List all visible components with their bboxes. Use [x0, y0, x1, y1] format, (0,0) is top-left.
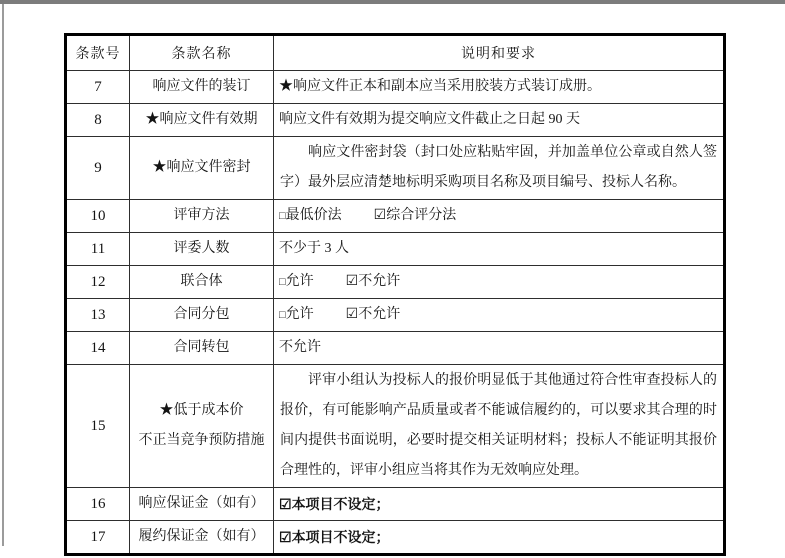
- clause-desc-cell: 不允许: [274, 332, 725, 365]
- table-row: 10评审方法□最低价法☑综合评分法: [66, 200, 725, 233]
- clause-desc-text: ★响应文件正本和副本应当采用胶装方式装订成册。: [279, 79, 601, 94]
- clause-name-line: 不正当竞争预防措施: [132, 426, 271, 456]
- clause-no-cell: 13: [66, 299, 130, 332]
- checkbox-checked-icon: ☑: [279, 522, 292, 552]
- clause-name-line: 合同转包: [132, 333, 271, 363]
- clause-name-cell: 履约保证金（如有）: [130, 521, 274, 555]
- checkbox-option: □允许: [279, 307, 314, 322]
- clause-desc-text: 不少于 3 人: [279, 241, 349, 256]
- table-row: 16响应保证金（如有）☑本项目不设定；: [66, 488, 725, 521]
- clause-desc-cell: 响应文件有效期为提交响应文件截止之日起 90 天: [274, 104, 725, 137]
- clause-desc-text: 响应文件有效期为提交响应文件截止之日起 90 天: [279, 112, 580, 127]
- clause-desc-cell: □允许☑不允许: [274, 266, 725, 299]
- checkbox-option: □允许: [279, 274, 314, 289]
- clause-no-cell: 12: [66, 266, 130, 299]
- table-header: 条款号 条款名称 说明和要求: [66, 35, 725, 71]
- table-row: 9★响应文件密封响应文件密封袋（封口处应粘贴牢固，并加盖单位公章或自然人签字）最…: [66, 137, 725, 200]
- table-row: 12联合体□允许☑不允许: [66, 266, 725, 299]
- clause-name-line: 响应文件的装订: [132, 72, 271, 102]
- clause-name-line: ★响应文件密封: [132, 153, 271, 183]
- checkbox-option-label: 允许: [286, 274, 314, 289]
- checkbox-checked-icon: ☑: [346, 267, 359, 297]
- clause-desc-cell: ☑本项目不设定；: [274, 521, 725, 555]
- clause-name-cell: ★响应文件有效期: [130, 104, 274, 137]
- column-header-clause-no: 条款号: [66, 35, 130, 71]
- column-header-description: 说明和要求: [274, 35, 725, 71]
- checkbox-option-label: 本项目不设定；: [292, 496, 390, 512]
- clause-name-line: 响应保证金（如有）: [132, 489, 271, 519]
- clause-no-cell: 14: [66, 332, 130, 365]
- clause-desc-paragraph: 评审小组认为投标人的报价明显低于其他通过符合性审查投标人的报价，有可能影响产品质…: [279, 366, 718, 486]
- clause-name-cell: 联合体: [130, 266, 274, 299]
- clause-name-line: ★低于成本价: [132, 396, 271, 426]
- table-row: 7响应文件的装订★响应文件正本和副本应当采用胶装方式装订成册。: [66, 71, 725, 104]
- checkbox-checked-icon: ☑: [279, 489, 292, 519]
- clause-desc-paragraph: 响应文件密封袋（封口处应粘贴牢固，并加盖单位公章或自然人签字）最外层应清楚地标明…: [279, 138, 718, 198]
- checkbox-option: ☑不允许: [346, 274, 401, 289]
- table-row: 17履约保证金（如有）☑本项目不设定；: [66, 521, 725, 555]
- clause-desc-cell: 响应文件密封袋（封口处应粘贴牢固，并加盖单位公章或自然人签字）最外层应清楚地标明…: [274, 137, 725, 200]
- clause-name-line: ★响应文件有效期: [132, 105, 271, 135]
- clause-desc-cell: □允许☑不允许: [274, 299, 725, 332]
- clause-desc-cell: ☑本项目不设定；: [274, 488, 725, 521]
- checkbox-option: ☑本项目不设定；: [279, 529, 390, 545]
- clause-name-line: 履约保证金（如有）: [132, 522, 271, 552]
- clause-no-cell: 17: [66, 521, 130, 555]
- clause-name-cell: 合同转包: [130, 332, 274, 365]
- checkbox-unchecked-icon: □: [279, 300, 286, 330]
- table-row: 14合同转包不允许: [66, 332, 725, 365]
- clause-table-body: 7响应文件的装订★响应文件正本和副本应当采用胶装方式装订成册。8★响应文件有效期…: [66, 71, 725, 555]
- clause-name-line: 评委人数: [132, 234, 271, 264]
- table-row: 11评委人数不少于 3 人: [66, 233, 725, 266]
- clause-name-line: 联合体: [132, 267, 271, 297]
- checkbox-checked-icon: ☑: [374, 201, 387, 231]
- clause-name-cell: 响应文件的装订: [130, 71, 274, 104]
- clause-table: 条款号 条款名称 说明和要求 7响应文件的装订★响应文件正本和副本应当采用胶装方…: [64, 33, 726, 556]
- clause-no-cell: 15: [66, 365, 130, 488]
- table-row: 13合同分包□允许☑不允许: [66, 299, 725, 332]
- column-header-clause-name: 条款名称: [130, 35, 274, 71]
- clause-desc-cell: ★响应文件正本和副本应当采用胶装方式装订成册。: [274, 71, 725, 104]
- clause-desc-cell: □最低价法☑综合评分法: [274, 200, 725, 233]
- checkbox-option-label: 不允许: [358, 274, 400, 289]
- clause-name-cell: 评委人数: [130, 233, 274, 266]
- clause-name-cell: 响应保证金（如有）: [130, 488, 274, 521]
- clause-desc-text: 不允许: [279, 340, 321, 355]
- checkbox-option-label: 不允许: [358, 307, 400, 322]
- checkbox-unchecked-icon: □: [279, 267, 286, 297]
- checkbox-option-label: 本项目不设定；: [292, 529, 390, 545]
- checkbox-checked-icon: ☑: [346, 300, 359, 330]
- clause-no-cell: 8: [66, 104, 130, 137]
- checkbox-option: ☑不允许: [346, 307, 401, 322]
- checkbox-option-label: 最低价法: [286, 208, 342, 223]
- clause-name-line: 评审方法: [132, 201, 271, 231]
- clause-name-cell: ★低于成本价不正当竞争预防措施: [130, 365, 274, 488]
- checkbox-option: ☑本项目不设定；: [279, 496, 390, 512]
- clause-desc-cell: 评审小组认为投标人的报价明显低于其他通过符合性审查投标人的报价，有可能影响产品质…: [274, 365, 725, 488]
- table-row: 8★响应文件有效期响应文件有效期为提交响应文件截止之日起 90 天: [66, 104, 725, 137]
- clause-no-cell: 7: [66, 71, 130, 104]
- checkbox-option: □最低价法: [279, 208, 342, 223]
- clause-no-cell: 9: [66, 137, 130, 200]
- clause-name-line: 合同分包: [132, 300, 271, 330]
- clause-name-cell: 评审方法: [130, 200, 274, 233]
- page-top-edge: [0, 0, 785, 4]
- clause-no-cell: 16: [66, 488, 130, 521]
- checkbox-option-label: 允许: [286, 307, 314, 322]
- clause-desc-cell: 不少于 3 人: [274, 233, 725, 266]
- checkbox-unchecked-icon: □: [279, 201, 286, 231]
- clause-no-cell: 10: [66, 200, 130, 233]
- checkbox-option: ☑综合评分法: [374, 208, 457, 223]
- clause-name-cell: ★响应文件密封: [130, 137, 274, 200]
- clause-no-cell: 11: [66, 233, 130, 266]
- page-left-edge: [2, 4, 4, 546]
- clause-name-cell: 合同分包: [130, 299, 274, 332]
- table-row: 15★低于成本价不正当竞争预防措施评审小组认为投标人的报价明显低于其他通过符合性…: [66, 365, 725, 488]
- header-row: 条款号 条款名称 说明和要求: [66, 35, 725, 71]
- checkbox-option-label: 综合评分法: [386, 208, 456, 223]
